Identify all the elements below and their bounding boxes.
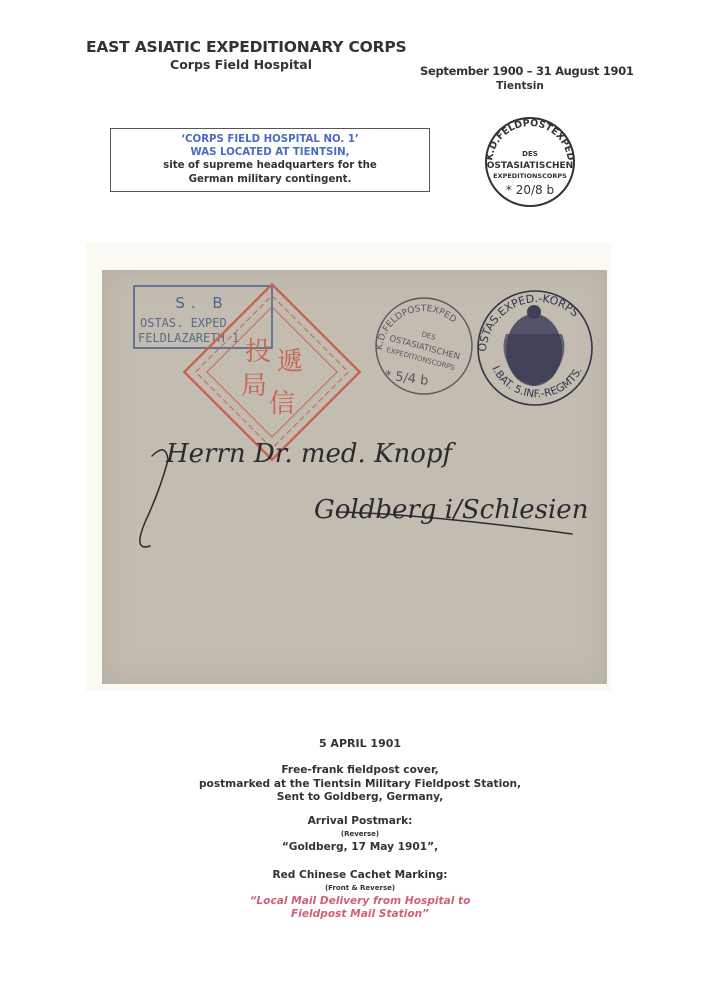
imperial-eagle-icon [504, 305, 565, 386]
location-label: Tientsin [420, 80, 620, 92]
cachet-note: (Front & Reverse) [150, 882, 570, 895]
arrival-heading: Arrival Postmark: [150, 815, 570, 828]
reference-postmark: K.D.FELDPOSTEXPED DES OSTASIATISCHEN EXP… [478, 114, 582, 210]
info-line-3: site of supreme headquarters for the [111, 159, 429, 172]
cover-date: 5 APRIL 1901 [150, 737, 570, 750]
cachet-line-2: OSTAS. EXPED. [140, 316, 234, 330]
cachet-line-1: S. B [175, 294, 228, 312]
desc-line-1: Free-frank fieldpost cover, [150, 764, 570, 778]
fieldpost-postmark: K.D.FELDPOSTEXPED DES OSTASIATISCHEN EXP… [375, 298, 472, 394]
address-line-2: Goldberg i/Schlesien [314, 495, 588, 525]
info-box: ‘CORPS FIELD HOSPITAL NO. 1’ WAS LOCATED… [110, 128, 430, 192]
cachet-heading: Red Chinese Cachet Marking: [150, 869, 570, 882]
ref-line-3: EXPEDITIONSCORPS [493, 172, 567, 180]
cachet-value-1: “Local Mail Delivery from Hospital to [150, 895, 570, 908]
info-line-1: ‘CORPS FIELD HOSPITAL NO. 1’ [111, 133, 429, 146]
address-line-1: Herrn Dr. med. Knopf [165, 439, 457, 469]
regiment-seal: OSTAS.EXPED.-KORPS I.BAT. 5.INF.-REGMTS. [476, 291, 592, 405]
arrival-note: (Reverse) [150, 828, 570, 841]
page-title: EAST ASIATIC EXPEDITIONARY CORPS [86, 38, 396, 56]
info-line-2: WAS LOCATED AT TIENTSIN, [111, 146, 429, 159]
fp-line-1: DES [421, 330, 437, 342]
chinese-char-3: 局 [241, 371, 267, 401]
info-line-4: German military contingent. [111, 173, 429, 186]
desc-line-3: Sent to Goldberg, Germany, [150, 791, 570, 805]
cachet-value-2: Fieldpost Mail Station” [150, 908, 570, 921]
arrival-postmark-block: Arrival Postmark: (Reverse) “Goldberg, 1… [150, 815, 570, 854]
desc-line-2: postmarked at the Tientsin Military Fiel… [150, 778, 570, 792]
chinese-char-4: 信 [269, 389, 295, 419]
cover-description: Free-frank fieldpost cover, postmarked a… [150, 764, 570, 805]
date-range: September 1900 – 31 August 1901 [420, 64, 620, 78]
ref-line-1: DES [522, 150, 538, 158]
ref-line-2: OSTASIATISCHEN [487, 161, 573, 171]
chinese-cachet-block: Red Chinese Cachet Marking: (Front & Rev… [150, 869, 570, 921]
fp-date: * 5/4 b [384, 368, 430, 389]
arrival-value: “Goldberg, 17 May 1901”, [150, 841, 570, 854]
envelope-cover: S. B OSTAS. EXPED. FELDLAZARETH 1 投 遞 局 … [102, 270, 607, 684]
page-subtitle: Corps Field Hospital [86, 57, 396, 72]
ref-date: * 20/8 b [506, 183, 554, 197]
chinese-char-2: 遞 [277, 347, 303, 377]
chinese-char-1: 投 [245, 337, 271, 367]
